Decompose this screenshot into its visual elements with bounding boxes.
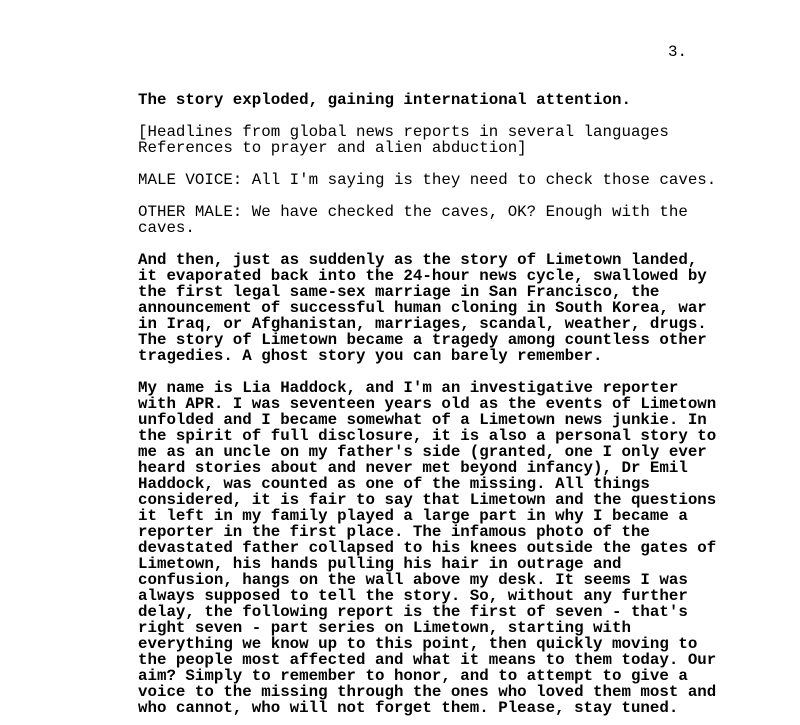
narration-intro: The story exploded, gaining internationa…: [138, 92, 738, 108]
dialogue-other-male: OTHER MALE: We have checked the caves, O…: [138, 204, 738, 236]
dialogue-male-voice: MALE VOICE: All I'm saying is they need …: [138, 172, 738, 188]
narration-reporter-intro: My name is Lia Haddock, and I'm an inves…: [138, 380, 738, 716]
script-body: The story exploded, gaining internationa…: [138, 92, 738, 725]
narration-news-cycle: And then, just as suddenly as the story …: [138, 252, 738, 364]
stage-direction: [Headlines from global news reports in s…: [138, 124, 738, 156]
page-number: 3.: [668, 44, 687, 60]
